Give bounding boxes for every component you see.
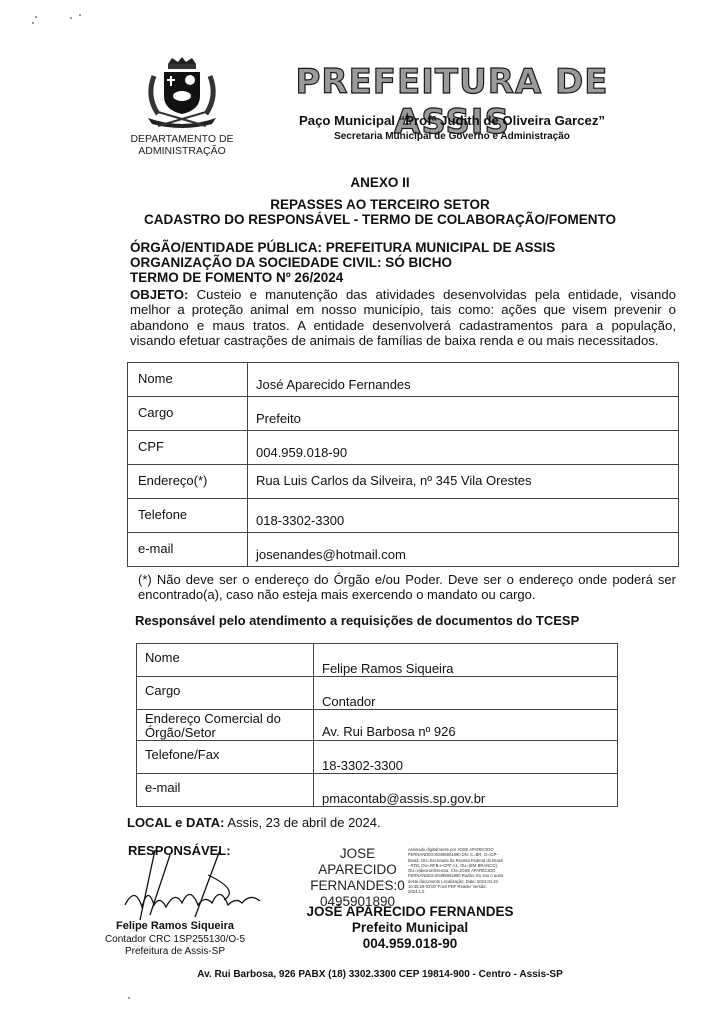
objeto-label: OBJETO:	[130, 287, 188, 302]
digital-name-line: APARECIDO	[310, 862, 405, 878]
address-footnote: (*) Não deve ser o endereço do Órgão e/o…	[138, 572, 676, 602]
table-row: NomeJosé Aparecido Fernandes	[128, 363, 679, 397]
termo-line: TERMO DE FOMENTO Nº 26/2024	[130, 270, 343, 285]
table-row: e-mailpmacontab@assis.sp.gov.br	[137, 774, 618, 807]
table-row: e-mailjosenandes@hotmail.com	[128, 533, 679, 567]
department-line: DEPARTAMENTO DE	[120, 133, 244, 145]
tcesp-table: NomeFelipe Ramos Siqueira CargoContador …	[136, 643, 618, 807]
felipe-crc: Contador CRC 1SP255130/O-5	[100, 934, 250, 945]
table-row: CPF004.959.018-90	[128, 431, 679, 465]
table-row: Telefone018-3302-3300	[128, 499, 679, 533]
row-value: josenandes@hotmail.com	[248, 533, 679, 567]
handwritten-signature	[120, 845, 270, 925]
objeto-paragraph: OBJETO: Custeio e manutenção das ativida…	[130, 287, 676, 349]
row-value: Av. Rui Barbosa nº 926	[314, 710, 618, 741]
objeto-text: Custeio e manutenção das atividades dese…	[130, 287, 676, 348]
footer-address: Av. Rui Barbosa, 926 PABX (18) 3302.3300…	[180, 969, 580, 980]
prefeitura-banner: PREFEITURA DE ASSIS	[266, 62, 638, 142]
mayor-cpf: 004.959.018-90	[300, 936, 520, 951]
row-label: Telefone/Fax	[137, 741, 314, 774]
department-label: DEPARTAMENTO DE ADMINISTRAÇÃO	[120, 133, 244, 157]
row-label: Telefone	[128, 499, 248, 533]
scan-speck	[35, 16, 37, 18]
row-value: José Aparecido Fernandes	[248, 363, 679, 397]
local-data-value: Assis, 23 de abril de 2024.	[225, 815, 381, 830]
row-value: pmacontab@assis.sp.gov.br	[314, 774, 618, 807]
scan-speck	[32, 22, 34, 24]
row-label: Endereço(*)	[128, 465, 248, 499]
mayor-name: JOSÉ APARECIDO FERNANDES	[300, 904, 520, 919]
department-line: ADMINISTRAÇÃO	[120, 145, 244, 157]
row-value: 18-3302-3300	[314, 741, 618, 774]
osc-line: ORGANIZAÇÃO DA SOCIEDADE CIVIL: SÓ BICHO	[130, 255, 452, 270]
row-label: CPF	[128, 431, 248, 465]
paco-municipal-line: Paço Municipal “Profª Judith de Oliveira…	[266, 113, 638, 128]
digital-name-line: JOSE	[310, 846, 405, 862]
responsavel-table: NomeJosé Aparecido Fernandes CargoPrefei…	[127, 362, 679, 567]
table-row: Endereço(*)Rua Luis Carlos da Silveira, …	[128, 465, 679, 499]
orgao-line: ÓRGÃO/ENTIDADE PÚBLICA: PREFEITURA MUNIC…	[130, 240, 555, 255]
secretaria-line: Secretaria Municipal de Governo e Admini…	[266, 131, 638, 142]
scan-speck	[70, 17, 72, 19]
annex-title: ANEXO II	[120, 175, 640, 190]
digital-name-line: FERNANDES:0	[310, 878, 405, 894]
municipal-coat-of-arms-icon	[138, 56, 226, 130]
table-row: Endereço Comercial do Órgão/SetorAv. Rui…	[137, 710, 618, 741]
mayor-role: Prefeito Municipal	[300, 920, 520, 935]
table-row: CargoContador	[137, 677, 618, 710]
felipe-signature-name: Felipe Ramos Siqueira	[110, 920, 240, 932]
row-label: e-mail	[128, 533, 248, 567]
row-value: 018-3302-3300	[248, 499, 679, 533]
row-label: Cargo	[128, 397, 248, 431]
row-label: e-mail	[137, 774, 314, 807]
row-value: Prefeito	[248, 397, 679, 431]
digital-signature-stamp: Assinado digitalmente por JOSE APARECIDO…	[408, 847, 504, 895]
row-label: Endereço Comercial do Órgão/Setor	[137, 710, 314, 741]
signature-scrawl-icon	[120, 845, 270, 925]
row-label: Nome	[128, 363, 248, 397]
row-value: 004.959.018-90	[248, 431, 679, 465]
table-row: CargoPrefeito	[128, 397, 679, 431]
digital-signature-name: JOSE APARECIDO FERNANDES:0 0495901890	[310, 846, 405, 910]
scan-speck	[128, 997, 130, 999]
table-row: NomeFelipe Ramos Siqueira	[137, 644, 618, 677]
scan-speck	[79, 14, 81, 16]
local-data: LOCAL e DATA: Assis, 23 de abril de 2024…	[127, 815, 381, 830]
row-value: Rua Luis Carlos da Silveira, nº 345 Vila…	[248, 465, 679, 499]
repasses-title: REPASSES AO TERCEIRO SETOR	[120, 197, 640, 212]
felipe-org: Prefeitura de Assis-SP	[100, 946, 250, 957]
table-row: Telefone/Fax18-3302-3300	[137, 741, 618, 774]
coat-of-arms-logo	[138, 56, 226, 130]
row-value: Felipe Ramos Siqueira	[314, 644, 618, 677]
local-data-label: LOCAL e DATA:	[127, 815, 225, 830]
row-value: Contador	[314, 677, 618, 710]
cadastro-title: CADASTRO DO RESPONSÁVEL - TERMO DE COLAB…	[120, 212, 640, 227]
row-label: Nome	[137, 644, 314, 677]
tcesp-heading: Responsável pelo atendimento a requisiçõ…	[135, 613, 579, 628]
row-label: Cargo	[137, 677, 314, 710]
